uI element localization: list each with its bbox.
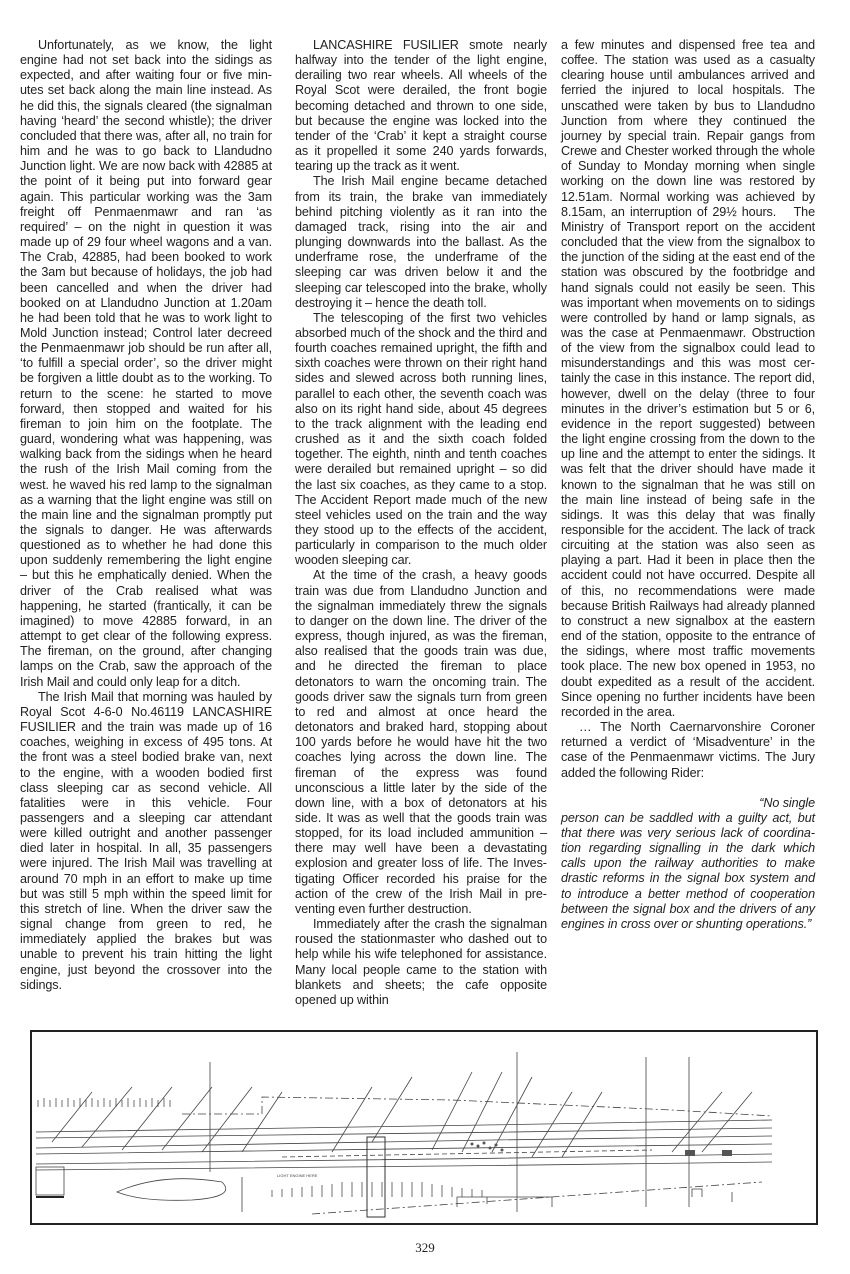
document-page: Unfortunately, as we know, the light eng… [0,0,850,1274]
paragraph: The telescoping of the first two vehicle… [295,311,547,569]
text-column-3: a few minutes and dispensed free tea and… [561,38,815,932]
paragraph: LANCASHIRE FUSILIER smote nearly halfway… [295,38,547,174]
track-plan-diagram: LIGHT ENGINE HERE [30,1030,818,1225]
paragraph: At the time of the crash, a heavy goods … [295,568,547,917]
paragraph: Immediately after the crash the sig­nalm… [295,917,547,1008]
text-column-1: Unfortunately, as we know, the light eng… [20,38,272,993]
text-column-2: LANCASHIRE FUSILIER smote nearly halfway… [295,38,547,1008]
rider-first-line: “No single [561,796,815,811]
rider-text: person can be saddled with a guilty act,… [561,811,815,931]
paragraph: The Irish Mail engine became detached fr… [295,174,547,310]
page-number: 329 [0,1240,850,1256]
diagram-label: LIGHT ENGINE HERE [277,1173,318,1178]
paragraph: a few minutes and dispensed free tea and… [561,38,815,720]
paragraph: The Irish Mail that morning was hauled b… [20,690,272,993]
paragraph: … The North Caernarvonshire Coroner retu… [561,720,815,781]
track-diagram-drawing: LIGHT ENGINE HERE [32,1032,816,1223]
paragraph: Unfortunately, as we know, the light eng… [20,38,272,690]
jury-rider-quote: “No single person can be saddled with a … [561,796,815,932]
